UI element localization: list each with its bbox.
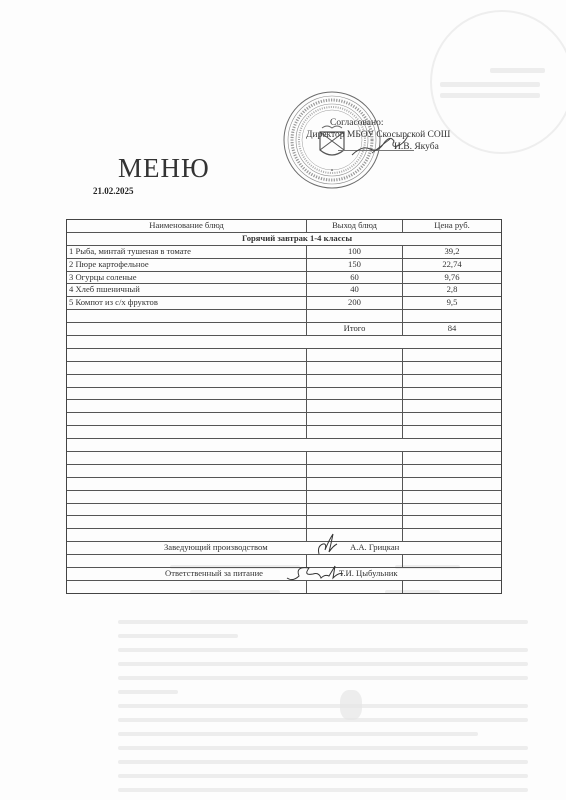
signature-name: А.А. Грицкан	[350, 542, 399, 553]
document-page: Согласовано: Директор МБОУ Скосырской СО…	[0, 0, 566, 800]
dish-name: 5 Компот из с/х фруктов	[67, 297, 307, 309]
approval-block: Согласовано: Директор МБОУ Скосырской СО…	[330, 117, 450, 153]
dish-price: 9,76	[403, 272, 501, 284]
page-title: МЕНЮ	[118, 153, 210, 184]
empty-row	[67, 310, 501, 323]
bleed-through-mark	[118, 620, 528, 624]
signature-row-production-head: Заведующий производством А.А. Грицкан	[67, 542, 501, 555]
empty-section-row	[67, 336, 501, 349]
signature-role: Ответственный за питание	[165, 568, 263, 579]
bleed-through-mark	[118, 788, 528, 792]
empty-row	[67, 400, 501, 413]
empty-row	[67, 491, 501, 504]
menu-table: Наименование блюд Выход блюд Цена руб. Г…	[66, 219, 502, 594]
total-row: Итого 84	[67, 323, 501, 336]
dish-yield: 40	[307, 284, 403, 296]
empty-row	[67, 555, 501, 568]
empty-row	[67, 504, 501, 517]
dish-price: 9,5	[403, 297, 501, 309]
dish-yield: 60	[307, 272, 403, 284]
empty-row	[67, 529, 501, 542]
bleed-through-mark	[118, 704, 528, 708]
bleed-through-mark	[118, 634, 238, 638]
empty-row	[67, 452, 501, 465]
signature-row-nutrition-lead: Ответственный за питание Т.И. Цыбульник	[67, 568, 501, 581]
empty-row	[67, 516, 501, 529]
bleed-through-mark	[118, 746, 528, 750]
dish-name: 2 Пюре картофельное	[67, 259, 307, 271]
bleed-through-mark	[118, 648, 528, 652]
table-row: 5 Компот из с/х фруктов 200 9,5	[67, 297, 501, 310]
dish-name: 1 Рыба, минтай тушеная в томате	[67, 246, 307, 258]
table-row: 1 Рыба, минтай тушеная в томате 100 39,2	[67, 246, 501, 259]
approval-label: Согласовано:	[330, 117, 450, 129]
dish-yield: 100	[307, 246, 403, 258]
section-row: Горячий завтрак 1-4 классы	[67, 233, 501, 246]
menu-date: 21.02.2025	[93, 186, 134, 196]
empty-row	[67, 465, 501, 478]
empty-row	[67, 413, 501, 426]
empty-row	[67, 426, 501, 439]
signature-role: Заведующий производством	[164, 542, 268, 553]
table-header-row: Наименование блюд Выход блюд Цена руб.	[67, 220, 501, 233]
bleed-through-mark	[118, 732, 478, 736]
director-signature-icon	[350, 131, 410, 159]
empty-row	[67, 362, 501, 375]
empty-row	[67, 581, 501, 593]
bleed-through-mark	[118, 662, 528, 666]
bleed-through-mark	[118, 676, 528, 680]
empty-row	[67, 349, 501, 362]
dish-yield: 200	[307, 297, 403, 309]
empty-row	[67, 478, 501, 491]
signature-name: Т.И. Цыбульник	[339, 568, 398, 579]
total-value: 84	[403, 323, 501, 335]
bleed-through-mark	[440, 82, 540, 87]
table-row: 2 Пюре картофельное 150 22,74	[67, 259, 501, 272]
dish-name: 3 Огурцы соленые	[67, 272, 307, 284]
bleed-through-mark	[440, 93, 540, 98]
bleed-through-mark	[118, 774, 528, 778]
bleed-through-mark	[118, 760, 528, 764]
bleed-through-mark	[118, 718, 528, 722]
bleed-through-mark	[490, 68, 545, 73]
total-label: Итого	[307, 323, 403, 335]
dish-price: 2,8	[403, 284, 501, 296]
dish-name: 4 Хлеб пшеничный	[67, 284, 307, 296]
signature-mark-icon	[315, 532, 339, 556]
dish-yield: 150	[307, 259, 403, 271]
bleed-through-seal	[340, 690, 362, 720]
empty-row	[67, 375, 501, 388]
header-dish-name: Наименование блюд	[67, 220, 307, 232]
table-row: 4 Хлеб пшеничный 40 2,8	[67, 284, 501, 297]
table-row: 3 Огурцы соленые 60 9,76	[67, 272, 501, 285]
bleed-through-mark	[118, 690, 178, 694]
dish-price: 22,74	[403, 259, 501, 271]
section-title: Горячий завтрак 1-4 классы	[67, 233, 501, 245]
empty-row	[67, 388, 501, 401]
dish-price: 39,2	[403, 246, 501, 258]
header-price: Цена руб.	[403, 220, 501, 232]
header-yield: Выход блюд	[307, 220, 403, 232]
empty-section-row	[67, 439, 501, 452]
